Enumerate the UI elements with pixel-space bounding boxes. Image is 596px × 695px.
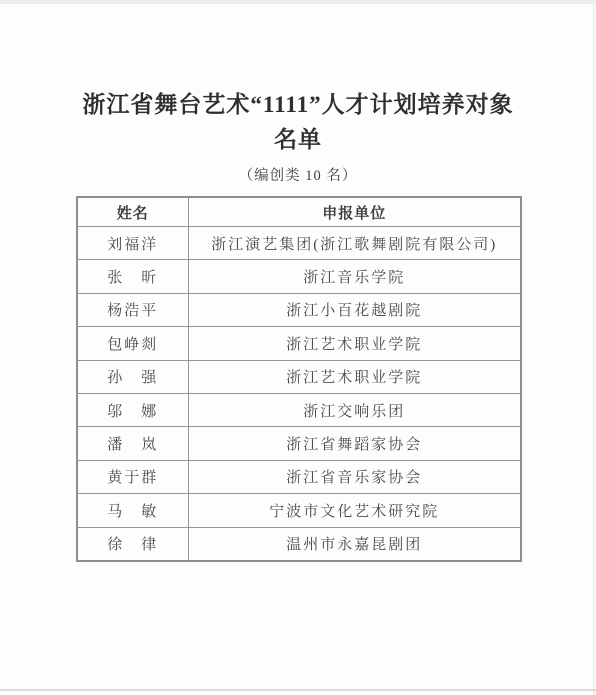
scan-edge-top [0,0,596,4]
name-cell: 潘 岚 [77,427,188,460]
unit-cell: 温州市永嘉昆剧团 [188,527,521,561]
unit-cell: 宁波市文化艺术研究院 [188,494,521,527]
table-row: 包峥剡 浙江艺术职业学院 [77,327,521,360]
name-cell: 孙 强 [77,360,188,393]
scanned-document-page: 浙江省舞台艺术“1111”人才计划培养对象 名单 （编创类 10 名） 姓名 申… [0,0,596,695]
header-name: 姓名 [77,197,188,227]
name-cell: 张 昕 [77,260,188,293]
name-cell: 徐 律 [77,527,188,561]
unit-cell: 浙江艺术职业学院 [188,360,521,393]
table-row: 邬 娜 浙江交响乐团 [77,393,521,426]
page-title-line-2: 名单 [0,123,596,158]
table-row: 孙 强 浙江艺术职业学院 [77,360,521,393]
unit-cell: 浙江省舞蹈家协会 [188,427,521,460]
table-row: 潘 岚 浙江省舞蹈家协会 [77,427,521,460]
table-row: 黄于群 浙江省音乐家协会 [77,460,521,493]
name-cell: 邬 娜 [77,393,188,426]
name-cell: 马 敏 [77,494,188,527]
name-cell: 杨浩平 [77,293,188,326]
table-row: 刘福洋 浙江演艺集团(浙江歌舞剧院有限公司) [77,227,521,260]
name-cell: 刘福洋 [77,227,188,260]
page-title: 浙江省舞台艺术“1111”人才计划培养对象 名单 [0,0,596,157]
scan-edge-right [593,0,595,695]
header-unit: 申报单位 [188,197,521,227]
page-subtitle: （编创类 10 名） [0,164,596,185]
scan-edge-bottom [0,689,596,691]
unit-cell: 浙江演艺集团(浙江歌舞剧院有限公司) [188,227,521,260]
unit-cell: 浙江省音乐家协会 [188,460,521,493]
name-cell: 包峥剡 [77,327,188,360]
roster-table: 姓名 申报单位 刘福洋 浙江演艺集团(浙江歌舞剧院有限公司) 张 昕 浙江音乐学… [76,196,522,562]
unit-cell: 浙江小百花越剧院 [188,293,521,326]
unit-cell: 浙江艺术职业学院 [188,327,521,360]
table-row: 张 昕 浙江音乐学院 [77,260,521,293]
table-row: 杨浩平 浙江小百花越剧院 [77,293,521,326]
table-header-row: 姓名 申报单位 [77,197,521,227]
table-row: 马 敏 宁波市文化艺术研究院 [77,494,521,527]
unit-cell: 浙江音乐学院 [188,260,521,293]
page-title-line-1: 浙江省舞台艺术“1111”人才计划培养对象 [0,88,596,123]
name-cell: 黄于群 [77,460,188,493]
table-row: 徐 律 温州市永嘉昆剧团 [77,527,521,561]
unit-cell: 浙江交响乐团 [188,393,521,426]
